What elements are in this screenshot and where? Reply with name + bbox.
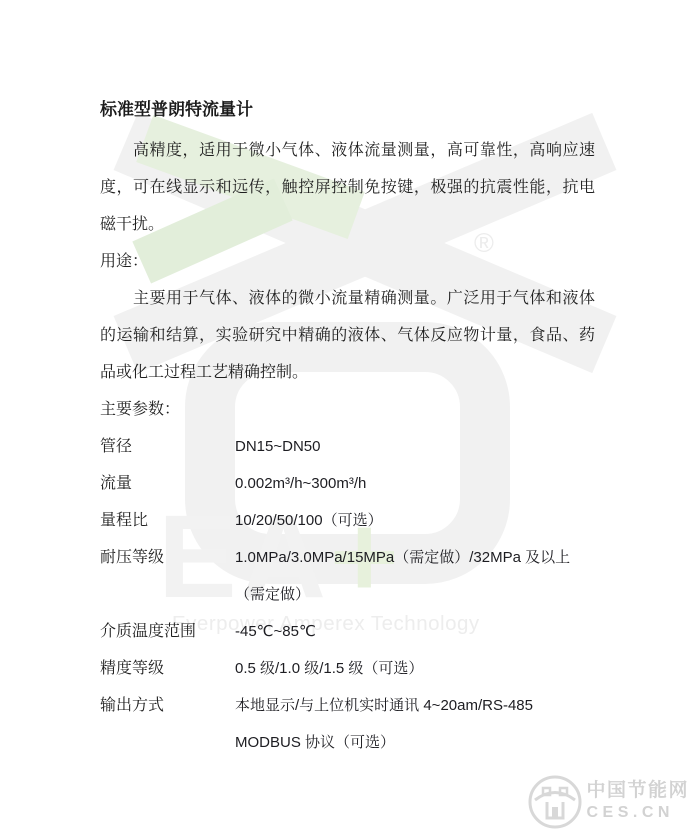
param-value-line: 本地显示/与上位机实时通讯 4~20am/RS-485 (235, 687, 595, 724)
param-label: 耐压等级 (100, 539, 235, 613)
param-label: 输出方式 (100, 687, 235, 761)
usage-line: 品或化工过程工艺精确控制。 (100, 354, 595, 391)
param-label: 介质温度范围 (100, 613, 235, 650)
param-value-line: 0.5 级/1.0 级/1.5 级（可选） (235, 650, 595, 687)
param-value: 本地显示/与上位机实时通讯 4~20am/RS-485 MODBUS 协议（可选… (235, 687, 595, 761)
param-row-pipe-diameter: 管径 DN15~DN50 (100, 428, 595, 465)
intro-line: 高精度，适用于微小气体、液体流量测量，高可靠性，高响应速 (100, 132, 595, 169)
param-row-medium-temperature: 介质温度范围 -45℃~85℃ (100, 613, 595, 650)
param-label: 流量 (100, 465, 235, 502)
param-value-line: 10/20/50/100（可选） (235, 502, 595, 539)
ces-site-logo: 中国节能网 CES.CN (526, 772, 689, 830)
parameters-heading: 主要参数： (100, 391, 595, 428)
usage-line: 主要用于气体、液体的微小流量精确测量。广泛用于气体和液体 (100, 280, 595, 317)
param-value-line: -45℃~85℃ (235, 613, 595, 650)
param-value: DN15~DN50 (235, 428, 595, 465)
param-value-line: 1.0MPa/3.0MPa/15MPa（需定做）/32MPa 及以上 (235, 539, 595, 576)
param-row-flow-rate: 流量 0.002m³/h~300m³/h (100, 465, 595, 502)
usage-line: 的运输和结算，实验研究中精确的液体、气体反应物计量，食品、药 (100, 317, 595, 354)
intro-line: 磁干扰。 (100, 206, 595, 243)
param-value: 0.002m³/h~300m³/h (235, 465, 595, 502)
usage-heading: 用途： (100, 243, 595, 280)
param-value-line: MODBUS 协议（可选） (235, 724, 595, 761)
param-value: 10/20/50/100（可选） (235, 502, 595, 539)
param-value: -45℃~85℃ (235, 613, 595, 650)
ces-logo-site-name: 中国节能网 (586, 779, 689, 803)
param-label: 量程比 (100, 502, 235, 539)
param-row-pressure-rating: 耐压等级 1.0MPa/3.0MPa/15MPa（需定做）/32MPa 及以上 … (100, 539, 595, 613)
param-row-accuracy-class: 精度等级 0.5 级/1.0 级/1.5 级（可选） (100, 650, 595, 687)
ces-logo-text: 中国节能网 CES.CN (586, 779, 689, 823)
param-label: 精度等级 (100, 650, 235, 687)
param-value-line: （需定做） (235, 576, 595, 613)
param-label: 管径 (100, 428, 235, 465)
ces-logo-domain: CES.CN (586, 803, 689, 823)
param-value-line: 0.002m³/h~300m³/h (235, 465, 595, 502)
page-title: 标准型普朗特流量计 (100, 88, 595, 132)
param-row-turndown-ratio: 量程比 10/20/50/100（可选） (100, 502, 595, 539)
param-value-line: DN15~DN50 (235, 428, 595, 465)
param-row-output-mode: 输出方式 本地显示/与上位机实时通讯 4~20am/RS-485 MODBUS … (100, 687, 595, 761)
document-page: ® EA+ Everpower Amperex Technology 标准型普朗… (0, 0, 695, 838)
intro-line: 度，可在线显示和远传，触控屏控制免按键，极强的抗震性能，抗电 (100, 169, 595, 206)
param-value: 1.0MPa/3.0MPa/15MPa（需定做）/32MPa 及以上 （需定做） (235, 539, 595, 613)
document-content: 标准型普朗特流量计 高精度，适用于微小气体、液体流量测量，高可靠性，高响应速 度… (0, 0, 695, 761)
param-value: 0.5 级/1.0 级/1.5 级（可选） (235, 650, 595, 687)
ces-pavilion-icon (526, 772, 584, 830)
